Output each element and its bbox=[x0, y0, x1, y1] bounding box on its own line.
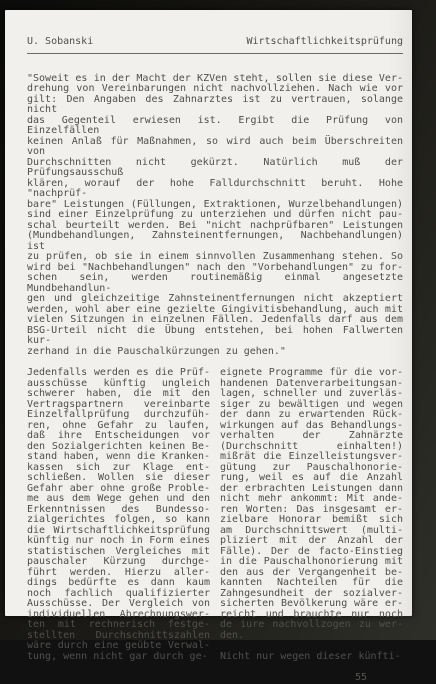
text-line: pliziert mit der Anzahl der bbox=[220, 536, 403, 547]
text-line: nicht mehr ankommt: Mit ande- bbox=[220, 494, 403, 505]
text-line: stellten Durchschnittszahlen bbox=[27, 631, 210, 641]
text-line: künftig nur noch in Form eines bbox=[27, 536, 210, 547]
text-line: gilt: Den Angaben des Zahnarztes ist zu … bbox=[27, 95, 403, 116]
text-line: pauschaler Kürzung durchge- bbox=[27, 557, 210, 568]
page-header: U. Sobanski Wirtschaftlichkeitsprüfung bbox=[27, 37, 403, 48]
text-line: schließen. Wollen sie dieser bbox=[27, 473, 210, 484]
text-line: schen sein, werden routinemäßig einmal a… bbox=[27, 273, 403, 294]
text-line: Ausschüsse. Der Vergleich von bbox=[27, 599, 210, 610]
text-line: lagen, schneller und zuverläs- bbox=[220, 389, 403, 400]
text-line: de iure nachvollzogen zu wer- bbox=[220, 620, 403, 631]
text-line: sicherten Bevölkerung wäre er- bbox=[220, 599, 403, 610]
header-rule bbox=[27, 53, 403, 54]
text-line: BSG-Urteil nicht die Übung entstehen, be… bbox=[27, 326, 403, 347]
header-author: U. Sobanski bbox=[27, 37, 93, 48]
text-line: drehung von Vereinbarungen nicht nachvol… bbox=[27, 84, 403, 95]
text-line: stand haben, wenn die Kranken- bbox=[27, 452, 210, 463]
text-line: mißrät die Einzelleistungsver- bbox=[220, 452, 403, 463]
text-line: zu prüfen, ob sie in einem sinnvollen Zu… bbox=[27, 252, 403, 263]
text-line: me aus dem Wege gehen und den bbox=[27, 494, 210, 505]
left-column: Jedenfalls werden es die Prüf-ausschüsse… bbox=[27, 368, 210, 640]
text-line: Einzelfallprüfung durchzufüh- bbox=[27, 410, 210, 421]
text-line: ten mit rechnerisch festge- bbox=[27, 620, 210, 631]
text-line: verhalten der Zahnärzte bbox=[220, 431, 403, 442]
body-columns: Jedenfalls werden es die Prüf-ausschüsse… bbox=[27, 368, 403, 640]
text-line: klären, worauf der hohe Falldurchschnitt… bbox=[27, 179, 403, 200]
text-line: zielbare Honorar bemißt sich bbox=[220, 515, 403, 526]
header-title: Wirtschaftlichkeitsprüfung bbox=[246, 37, 403, 48]
text-line: gen und gleichzeitige Zahnsteinentfernun… bbox=[27, 294, 403, 305]
text-line: schwerer haben, die mit den bbox=[27, 389, 210, 400]
text-line: dings bedürfte es dann kaum bbox=[27, 578, 210, 589]
text-line: keinen Anlaß für Maßnahmen, so wird auch… bbox=[27, 137, 403, 158]
text-line: rung, weil es auf die Anzahl bbox=[220, 473, 403, 484]
quote-paragraph: "Soweit es in der Macht der KZVen steht,… bbox=[27, 74, 403, 358]
text-line: zerhand in die Pauschalkürzungen zu gehe… bbox=[27, 347, 403, 358]
text-line: zialgerichtes folgen, so kann bbox=[27, 515, 210, 526]
right-column: eignete Programme für die vor-handenen D… bbox=[220, 368, 403, 640]
text-line: Jedenfalls werden es die Prüf- bbox=[27, 368, 210, 379]
text-line: in die Pauschalhonorierung mit bbox=[220, 557, 403, 568]
text-line: sind einer Einzelprüfung zu unterziehen … bbox=[27, 210, 403, 221]
document-page: U. Sobanski Wirtschaftlichkeitsprüfung "… bbox=[5, 10, 412, 616]
text-line: eignete Programme für die vor- bbox=[220, 368, 403, 379]
text-line: daß ihre Entscheidungen vor bbox=[27, 431, 210, 442]
text-line: kannten Nachteilen für die bbox=[220, 578, 403, 589]
text-line: das Gegenteil erwiesen ist. Ergibt die P… bbox=[27, 116, 403, 137]
text-line: den. bbox=[220, 631, 403, 641]
page-content: U. Sobanski Wirtschaftlichkeitsprüfung "… bbox=[5, 10, 412, 640]
text-line: der dann zu erwartenden Rück- bbox=[220, 410, 403, 421]
text-line: (Mundbehandlungen, Zahnsteinentfernungen… bbox=[27, 231, 403, 252]
text-line: Durchschnitten nicht gekürzt. Natürlich … bbox=[27, 158, 403, 179]
text-line: vielen Sitzungen in einzelnen Fällen. Je… bbox=[27, 315, 403, 326]
